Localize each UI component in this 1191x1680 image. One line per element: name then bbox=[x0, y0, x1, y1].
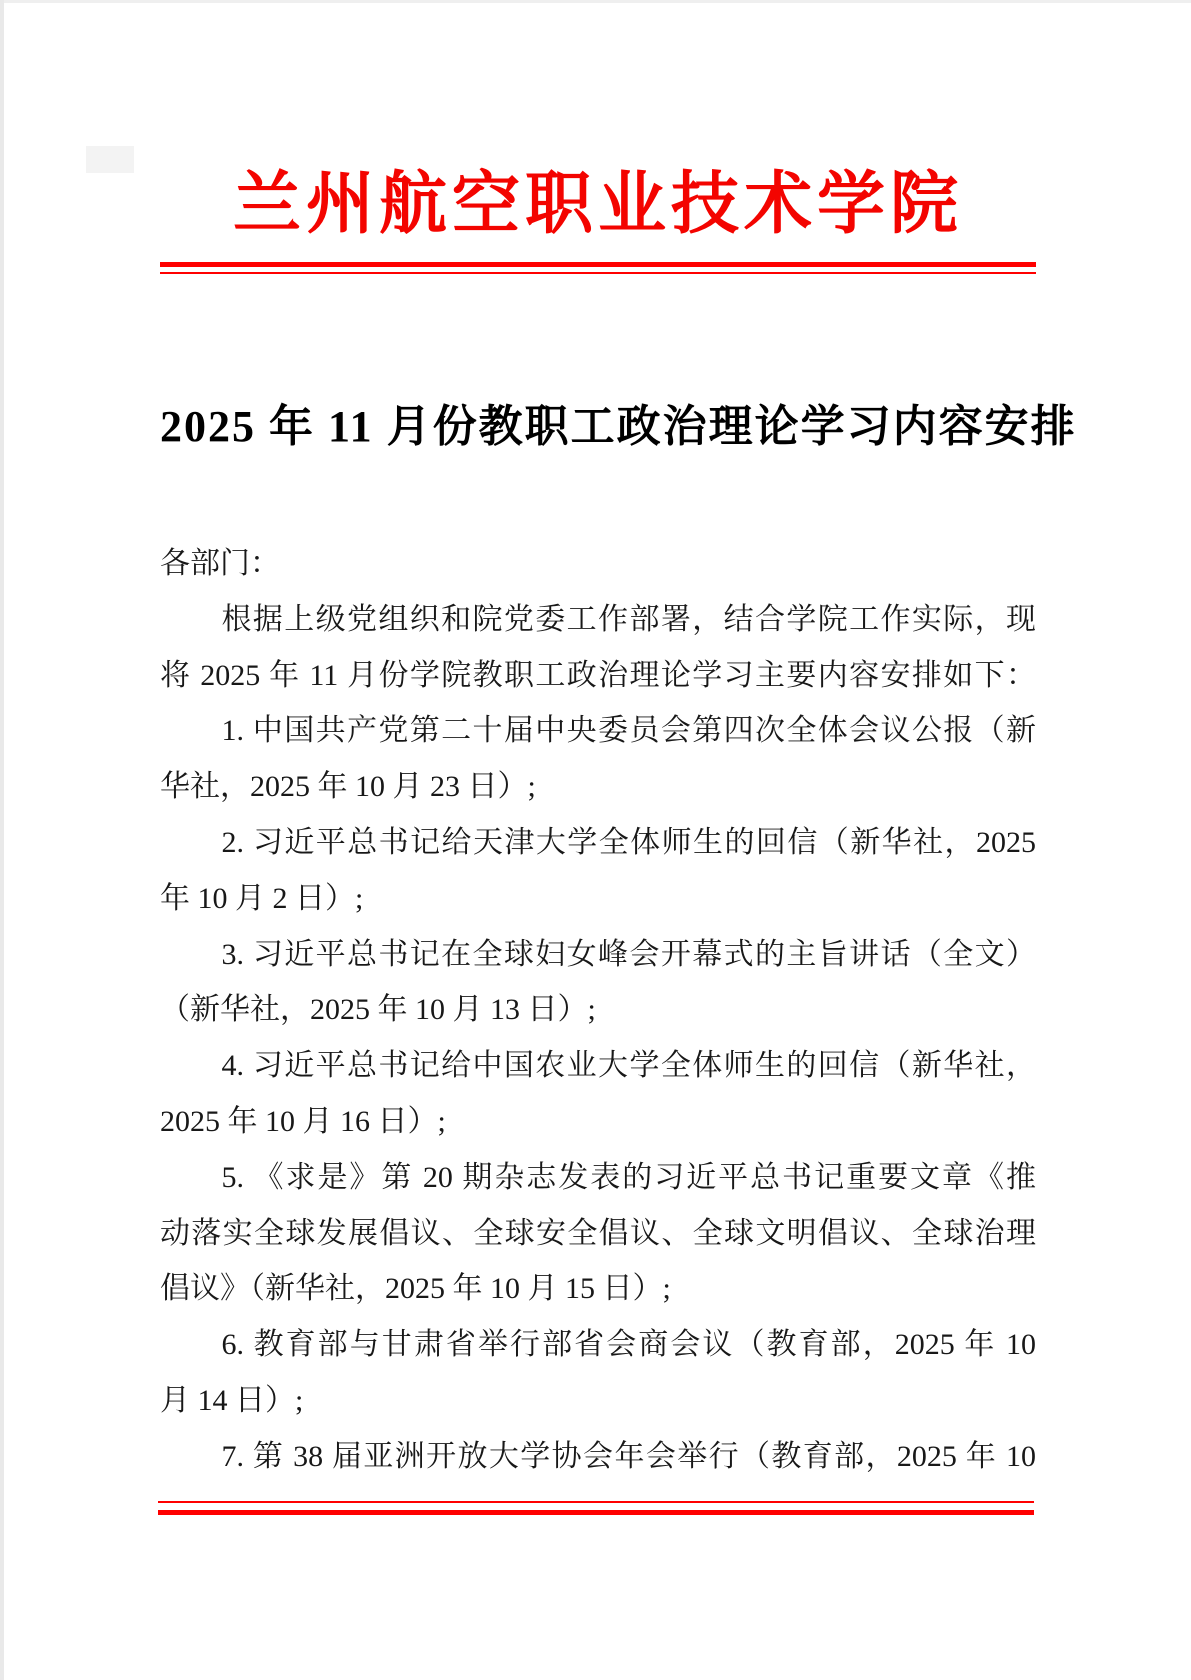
scan-artifact bbox=[86, 146, 134, 173]
scan-edge-left bbox=[0, 0, 4, 1680]
letterhead: 兰州航空职业技术学院 bbox=[160, 0, 1036, 238]
body-line: 3. 习近平总书记在全球妇女峰会开幕式的主旨讲话（全文） bbox=[160, 927, 1036, 983]
body-line: 1. 中国共产党第二十届中央委员会第四次全体会议公报（新 bbox=[160, 703, 1036, 759]
body-line: （新华社，2025 年 10 月 13 日）; bbox=[160, 982, 1036, 1038]
footer-rule-thick bbox=[158, 1510, 1034, 1515]
footer-rules bbox=[158, 1501, 1034, 1515]
body-line: 月 14 日）; bbox=[160, 1373, 1036, 1429]
body-line: 将 2025 年 11 月份学院教职工政治理论学习主要内容安排如下： bbox=[160, 648, 1036, 704]
body-line: 2025 年 10 月 16 日）; bbox=[160, 1094, 1036, 1150]
body-line: 根据上级党组织和院党委工作部署，结合学院工作实际，现 bbox=[160, 592, 1036, 648]
letterhead-institution-title: 兰州航空职业技术学院 bbox=[160, 170, 1036, 238]
body-line: 7. 第 38 届亚洲开放大学协会年会举行（教育部，2025 年 10 bbox=[160, 1429, 1036, 1485]
body-line: 年 10 月 2 日）; bbox=[160, 871, 1036, 927]
body-line: 华社，2025 年 10 月 23 日）; bbox=[160, 759, 1036, 815]
body-line-salutation: 各部门： bbox=[160, 536, 1036, 592]
header-rule-thin bbox=[160, 272, 1036, 274]
content-column: 兰州航空职业技术学院 2025 年 11 月份教职工政治理论学习内容安排 各部门… bbox=[160, 0, 1036, 1485]
body-line: 4. 习近平总书记给中国农业大学全体师生的回信（新华社， bbox=[160, 1038, 1036, 1094]
document-page: 兰州航空职业技术学院 2025 年 11 月份教职工政治理论学习内容安排 各部门… bbox=[0, 0, 1191, 1680]
body-line: 2. 习近平总书记给天津大学全体师生的回信（新华社，2025 bbox=[160, 815, 1036, 871]
body-line: 5. 《求是》第 20 期杂志发表的习近平总书记重要文章《推 bbox=[160, 1150, 1036, 1206]
body-line: 动落实全球发展倡议、全球安全倡议、全球文明倡议、全球治理 bbox=[160, 1206, 1036, 1262]
body-line: 6. 教育部与甘肃省举行部省会商会议（教育部，2025 年 10 bbox=[160, 1317, 1036, 1373]
document-title: 2025 年 11 月份教职工政治理论学习内容安排 bbox=[160, 399, 1036, 454]
document-body: 各部门： 根据上级党组织和院党委工作部署，结合学院工作实际，现 将 2025 年… bbox=[160, 536, 1036, 1485]
footer-rule-thin bbox=[158, 1501, 1034, 1503]
header-rule-thick bbox=[160, 262, 1036, 267]
body-line: 倡议》（新华社，2025 年 10 月 15 日）; bbox=[160, 1261, 1036, 1317]
